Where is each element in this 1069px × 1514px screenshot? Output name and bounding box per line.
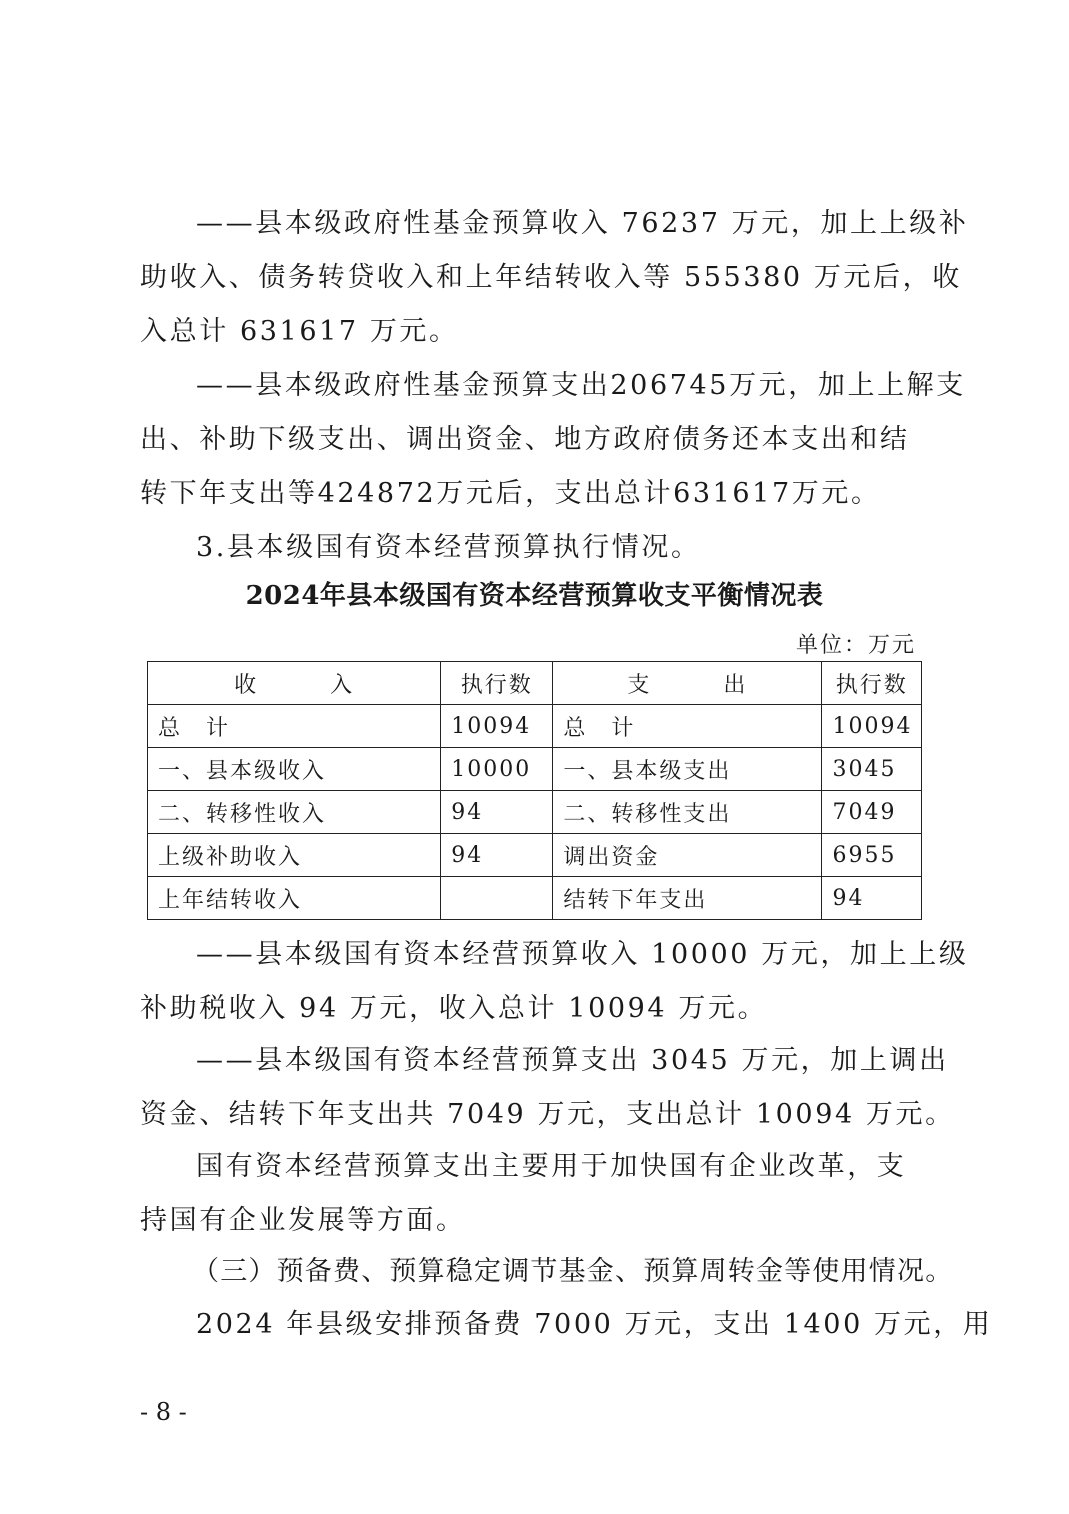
paragraph-line: 助收入、债务转贷收入和上年结转收入等 555380 万元后，收 [140, 261, 930, 295]
page-number: - 8 - [140, 1398, 187, 1426]
paragraph-line: 出、补助下级支出、调出资金、地方政府债务还本支出和结 [140, 423, 930, 457]
paragraph-line: 持国有企业发展等方面。 [140, 1204, 930, 1238]
table-row: 总 计 10094 总 计 10094 [148, 705, 922, 748]
table-header-row: 收 入 执行数 支 出 执行数 [148, 662, 922, 705]
table-title: 2024年县本级国有资本经营预算收支平衡情况表 [0, 579, 1069, 613]
table-row: 上年结转收入 结转下年支出 94 [148, 877, 922, 920]
paragraph-line: ——县本级国有资本经营预算支出 3045 万元，加上调出 [140, 1044, 986, 1078]
paragraph-line: 国有资本经营预算支出主要用于加快国有企业改革，支 [140, 1150, 986, 1184]
cell: 一、县本级收入 [148, 748, 441, 791]
header-expense: 支 出 [553, 662, 822, 705]
cell: 上年结转收入 [148, 877, 441, 920]
paragraph-line: 入总计 631617 万元。 [140, 315, 930, 349]
cell: 一、县本级支出 [553, 748, 822, 791]
cell: 10094 [822, 705, 922, 748]
cell: 10000 [441, 748, 553, 791]
paragraph-line: 2024 年县级安排预备费 7000 万元，支出 1400 万元，用 [140, 1308, 986, 1342]
cell: 94 [441, 791, 553, 834]
cell: 总 计 [553, 705, 822, 748]
cell: 上级补助收入 [148, 834, 441, 877]
paragraph-line: ——县本级政府性基金预算支出206745万元，加上上解支 [140, 369, 986, 403]
cell: 10094 [441, 705, 553, 748]
header-amount: 执行数 [822, 662, 922, 705]
cell: 3045 [822, 748, 922, 791]
section-heading: （三）预备费、预算稳定调节基金、预算周转金等使用情况。 [140, 1255, 982, 1289]
table-row: 上级补助收入 94 调出资金 6955 [148, 834, 922, 877]
table-row: 一、县本级收入 10000 一、县本级支出 3045 [148, 748, 922, 791]
cell: 二、转移性收入 [148, 791, 441, 834]
header-amount: 执行数 [441, 662, 553, 705]
paragraph-line: ——县本级政府性基金预算收入 76237 万元，加上上级补 [140, 207, 986, 241]
cell [441, 877, 553, 920]
section-heading: 3.县本级国有资本经营预算执行情况。 [140, 531, 986, 565]
paragraph-line: 补助税收入 94 万元，收入总计 10094 万元。 [140, 992, 930, 1026]
cell: 7049 [822, 791, 922, 834]
table-row: 二、转移性收入 94 二、转移性支出 7049 [148, 791, 922, 834]
paragraph-line: 转下年支出等424872万元后，支出总计631617万元。 [140, 477, 930, 511]
paragraph-line: 资金、结转下年支出共 7049 万元，支出总计 10094 万元。 [140, 1098, 930, 1132]
cell: 结转下年支出 [553, 877, 822, 920]
cell: 总 计 [148, 705, 441, 748]
cell: 94 [441, 834, 553, 877]
cell: 94 [822, 877, 922, 920]
cell: 调出资金 [553, 834, 822, 877]
cell: 二、转移性支出 [553, 791, 822, 834]
paragraph-line: ——县本级国有资本经营预算收入 10000 万元，加上上级 [140, 938, 986, 972]
cell: 6955 [822, 834, 922, 877]
header-income: 收 入 [148, 662, 441, 705]
unit-label: 单位：万元 [796, 628, 916, 659]
budget-balance-table: 收 入 执行数 支 出 执行数 总 计 10094 总 计 10094 一、县本… [147, 661, 922, 920]
